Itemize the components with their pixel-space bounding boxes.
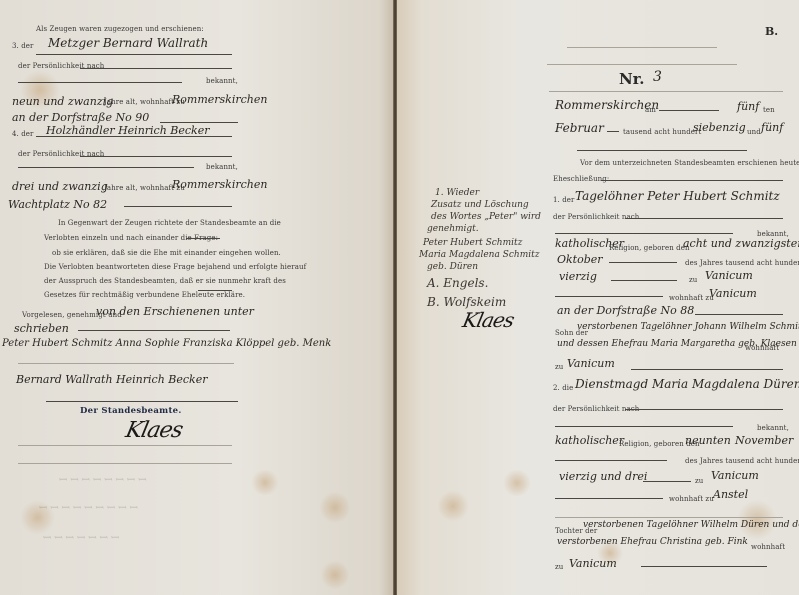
witness3-residence: Rommerskirchen bbox=[172, 93, 267, 106]
bleed-through-text: ꟷ ꟷ ꟷ ꟷ ꟷ ꟷ ꟷ ꟷ bbox=[60, 472, 147, 486]
bleed-through-text: ꟷ ꟷ ꟷ ꟷ ꟷ ꟷ ꟷ ꟷ ꟷ bbox=[40, 500, 139, 514]
person2-birthplace-label: zu bbox=[695, 477, 703, 485]
rule bbox=[609, 262, 677, 263]
person2-residence-label: wohnhaft zu bbox=[669, 495, 714, 503]
rule bbox=[555, 498, 663, 499]
witness4-age: drei und zwanzig bbox=[12, 180, 108, 193]
rule bbox=[46, 401, 238, 402]
rule bbox=[124, 206, 232, 207]
margin-note-line: A. Engels. bbox=[427, 276, 488, 290]
person2-birth-year: vierzig und drei bbox=[559, 470, 647, 483]
rule bbox=[18, 463, 232, 464]
day: fünf bbox=[737, 100, 759, 113]
paper-stain bbox=[320, 560, 350, 590]
person1-name: Tagelöhner Peter Hubert Schmitz bbox=[575, 189, 780, 203]
person1-religion-label: Religion, geboren den bbox=[609, 244, 690, 252]
rule bbox=[18, 167, 194, 168]
paper-stain bbox=[437, 490, 469, 522]
declaration-line-5: der Ausspruch des Standesbeamten, daß er… bbox=[44, 277, 286, 285]
rule bbox=[611, 280, 677, 281]
rule bbox=[160, 122, 238, 123]
rule bbox=[607, 131, 619, 132]
rule bbox=[625, 409, 783, 410]
rule bbox=[659, 110, 719, 111]
left-page: Als Zeugen waren zugezogen und erschiene… bbox=[0, 0, 395, 595]
margin-note-line: Zusatz und Löschung bbox=[431, 200, 529, 210]
bleed-through-text: ꟷ ꟷ ꟷ ꟷ ꟷ ꟷ ꟷ bbox=[44, 530, 120, 544]
paper-stain bbox=[250, 470, 280, 495]
person1-parents-residence-prefix: zu bbox=[555, 363, 563, 371]
preamble-2: Eheschließung: bbox=[553, 175, 609, 183]
day-suffix: ten bbox=[763, 106, 775, 114]
person1-prefix: 1. der bbox=[553, 196, 574, 204]
month: Februar bbox=[555, 121, 604, 135]
margin-note-line: 1. Wieder bbox=[435, 188, 479, 198]
rule bbox=[186, 238, 220, 239]
person1-identity-label: der Persönlichkeit nach bbox=[553, 213, 639, 221]
rule bbox=[555, 296, 663, 297]
record-number: 3 bbox=[653, 69, 662, 85]
record-number-label: Nr. bbox=[619, 70, 644, 88]
rule bbox=[601, 180, 783, 181]
rule bbox=[643, 481, 691, 482]
year-units: fünf bbox=[761, 121, 783, 134]
rule bbox=[549, 91, 783, 92]
margin-note-line: B. Wolfskeim bbox=[427, 295, 506, 309]
person2-known: bekannt, bbox=[757, 424, 789, 432]
declaration-line-6: Gesetzes für rechtmäßig verbundene Ehele… bbox=[44, 291, 245, 299]
margin-note-line: Maria Magdalena Schmitz bbox=[419, 250, 539, 260]
rule bbox=[198, 290, 232, 291]
signature-line-2: Bernard Wallrath Heinrich Becker bbox=[16, 373, 207, 386]
rule bbox=[36, 136, 232, 137]
rule bbox=[567, 47, 717, 48]
witness3-age: neun und zwanzig bbox=[12, 95, 113, 108]
person1-parents-residence-label: wohnhaft bbox=[745, 344, 779, 352]
rule bbox=[555, 426, 733, 427]
year-label: tausend acht hundert bbox=[623, 128, 701, 136]
witness4-residence: Rommerskirchen bbox=[172, 178, 267, 191]
witness3-known: bekannt, bbox=[206, 77, 238, 85]
person1-parents: verstorbenen Tagelöhner Johann Wilhelm S… bbox=[577, 322, 799, 332]
declaration-line-4: Die Verlobten beantworteten diese Frage … bbox=[44, 263, 306, 271]
person2-religion: katholischer bbox=[555, 434, 624, 447]
person1-birth-month: Oktober bbox=[557, 253, 603, 266]
person1-residence: Vanicum bbox=[709, 287, 757, 300]
rule bbox=[18, 82, 182, 83]
rule bbox=[18, 445, 232, 446]
rule bbox=[555, 517, 783, 518]
person1-year-label: des Jahres tausend acht hundert bbox=[685, 259, 799, 267]
rule bbox=[547, 64, 737, 65]
rule bbox=[625, 218, 783, 219]
person1-birth-year: vierzig bbox=[559, 270, 597, 283]
declaration-line-3: ob sie erklären, daß sie die Ehe mit ein… bbox=[52, 249, 281, 257]
person1-address: an der Dorfstraße No 88 bbox=[557, 304, 694, 317]
margin-note-signature: Klaes bbox=[460, 308, 515, 332]
margin-note-line: geb. Düren bbox=[427, 262, 478, 272]
witness3-prefix: 3. der bbox=[12, 42, 33, 50]
person1-residence-label: wohnhaft zu bbox=[669, 294, 714, 302]
witness3-name: Metzger Bernard Wallrath bbox=[48, 36, 208, 50]
year-tens: siebenzig bbox=[693, 121, 746, 134]
declaration-line-1: In Gegenwart der Zeugen richtete der Sta… bbox=[58, 219, 281, 227]
witness-intro: Als Zeugen waren zugezogen und erschiene… bbox=[36, 25, 204, 33]
person2-year-label: des Jahres tausend acht hundert bbox=[685, 457, 799, 465]
rule bbox=[695, 314, 783, 315]
person2-name: Dienstmagd Maria Magdalena Düren bbox=[575, 377, 799, 391]
rule bbox=[577, 150, 747, 151]
person2-prefix: 2. die bbox=[553, 384, 573, 392]
person2-birthplace: Vanicum bbox=[711, 469, 759, 482]
witness4-address: Wachtplatz No 82 bbox=[8, 198, 107, 211]
person2-parents-residence-label: wohnhaft bbox=[751, 543, 785, 551]
rule bbox=[80, 156, 232, 157]
person1-birthplace-label: zu bbox=[689, 276, 697, 284]
person1-birth-day: acht und zwanzigsten bbox=[683, 237, 799, 250]
person1-parents-residence: Vanicum bbox=[567, 357, 615, 370]
signature-line-1: Peter Hubert Schmitz Anna Sophie Franzis… bbox=[2, 338, 331, 349]
rule bbox=[78, 330, 230, 331]
read-hand-1: von den Erschienenen unter bbox=[96, 305, 254, 318]
rule bbox=[18, 363, 234, 364]
officer-signature: Klaes bbox=[123, 418, 184, 443]
rule bbox=[641, 566, 767, 567]
person2-parents-2: verstorbenen Ehefrau Christina geb. Fink bbox=[557, 537, 748, 547]
witness4-known: bekannt, bbox=[206, 163, 238, 171]
register-letter: B. bbox=[765, 25, 778, 38]
right-page: B. Nr. 3 Rommerskirchen am fünf ten Febr… bbox=[397, 0, 799, 595]
witness3-address: an der Dorfstraße No 90 bbox=[12, 111, 149, 124]
paper-stain bbox=[320, 490, 350, 525]
preamble: Vor dem unterzeichneten Standesbeamten e… bbox=[580, 159, 799, 167]
date-am: am bbox=[645, 106, 656, 114]
witness4-prefix: 4. der bbox=[12, 130, 33, 138]
person2-residence: Anstel bbox=[713, 488, 748, 501]
rule bbox=[631, 369, 783, 370]
person2-birth-day: neunten bbox=[685, 434, 731, 447]
read-hand-2: schrieben bbox=[14, 322, 69, 335]
paper-stain bbox=[502, 470, 532, 496]
margin-note-line: Peter Hubert Schmitz bbox=[423, 238, 522, 248]
rule bbox=[36, 54, 232, 55]
officer-label: Der Standesbeamte. bbox=[80, 406, 182, 416]
rule bbox=[555, 233, 733, 234]
year-and: und bbox=[747, 128, 761, 136]
rule bbox=[555, 460, 667, 461]
margin-note-line: des Wortes „Peter" wird bbox=[431, 212, 541, 222]
person2-birth-month: November bbox=[735, 434, 793, 447]
person1-birthplace: Vanicum bbox=[705, 269, 753, 282]
person2-parents: verstorbenen Tagelöhner Wilhelm Düren un… bbox=[583, 520, 799, 530]
person2-parents-residence-prefix: zu bbox=[555, 563, 563, 571]
place: Rommerskirchen bbox=[555, 98, 659, 112]
margin-note-line: genehmigt. bbox=[427, 224, 479, 234]
person2-parents-residence: Vanicum bbox=[569, 557, 617, 570]
rule bbox=[80, 68, 232, 69]
